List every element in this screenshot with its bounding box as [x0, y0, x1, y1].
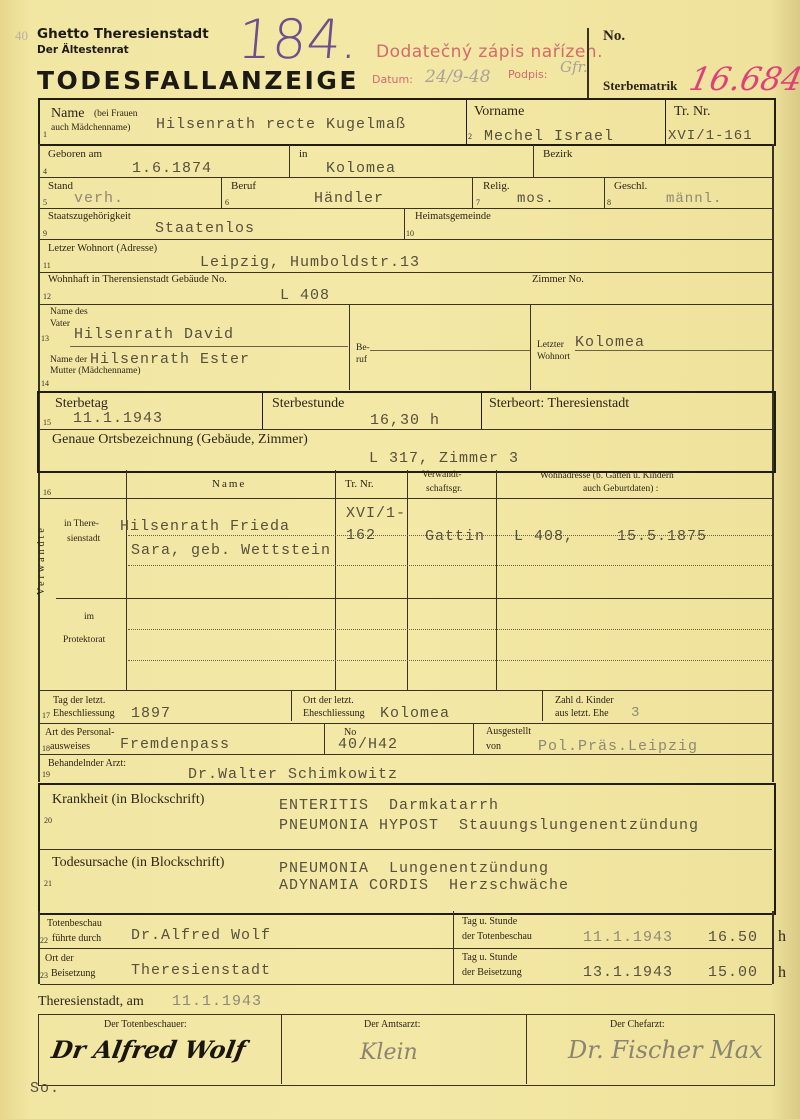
field-number: 5 [43, 198, 47, 207]
sterbematrik-value: 16.684 [686, 60, 800, 98]
wohnhaft-value: L 408 [280, 287, 330, 304]
group1-label1: in There- [64, 519, 99, 529]
signature-amtsarzt: Klein [360, 1040, 418, 1065]
ausweis-art-value: Fremdenpass [120, 736, 230, 753]
divider [281, 1014, 282, 1084]
mutter-value: Hilsenrath Ester [90, 351, 250, 368]
totenbeschau-time: 16.50 [708, 929, 758, 946]
left-border [38, 690, 40, 782]
totenbeschau-tag-label1: Tag u. Stunde [462, 916, 517, 927]
row-line [40, 208, 772, 209]
beisetzung-value: Theresienstadt [131, 962, 271, 979]
divider [526, 1014, 527, 1084]
divider [496, 470, 497, 690]
wohnhaft-label: Wohnhaft in Therensienstadt Gebäude No. [48, 274, 227, 285]
field-number: 11 [43, 261, 51, 270]
trnr-value: XVI/1-161 [668, 128, 753, 144]
row-line [40, 948, 772, 949]
sig3-label: Der Chefarzt: [610, 1019, 665, 1030]
field-number: 2 [468, 132, 472, 141]
beisetzung-unit: h [778, 964, 786, 982]
zimmer-label: Zimmer No. [532, 274, 584, 285]
ausweis-no-value: 40/H42 [338, 736, 398, 753]
field-number: 20 [44, 816, 52, 825]
row-line [40, 498, 772, 499]
name-value: Hilsenrath recte Kugelmaß [156, 116, 406, 133]
totenbeschau-label2: führte durch [52, 933, 101, 944]
field-number: 6 [225, 198, 229, 207]
margin-note: 40 [15, 28, 28, 44]
sig2-label: Der Amtsarzt: [364, 1019, 420, 1030]
kinder-label2: aus letzt. Ehe [555, 708, 609, 719]
letzter-wohnort-value: Kolomea [575, 334, 645, 351]
krankheit-label: Krankheit (in Blockschrift) [52, 792, 204, 808]
verwandte-side-label: Verwandte [36, 525, 47, 595]
divider [604, 177, 605, 208]
geboren-value: 1.6.1874 [132, 160, 212, 177]
header-divider [587, 28, 589, 98]
col-header-verw2: schaftsgr. [426, 484, 462, 494]
org-council: Der Ältestenrat [37, 44, 129, 56]
name-label-note: (bei Frauen [94, 109, 138, 119]
ehe-ort-label1: Ort der letzt. [303, 695, 354, 706]
kinder-value: 3 [631, 705, 640, 721]
arzt-label: Behandelnder Arzt: [48, 758, 126, 769]
row-line [70, 346, 348, 347]
relig-label: Relig. [483, 180, 510, 192]
ehe-ort-value: Kolomea [380, 705, 450, 722]
row-line [40, 239, 772, 240]
beruf-label: Beruf [231, 180, 256, 192]
ausweis-art-label2: ausweises [50, 741, 90, 752]
vater-label1: Name des [50, 307, 88, 317]
totenbeschau-unit: h [778, 928, 786, 946]
row-line [575, 350, 772, 351]
field-number: 4 [43, 167, 47, 176]
divider [291, 690, 292, 721]
field-number: 16 [43, 488, 51, 497]
beisetzung-label2: Beisetzung [51, 968, 95, 979]
place-date-value: 11.1.1943 [172, 993, 262, 1010]
wohnort-label: Letzer Wohnort (Adresse) [48, 243, 157, 254]
ausweis-von-label2: von [486, 741, 501, 752]
field-number: 8 [607, 198, 611, 207]
divider [472, 177, 473, 208]
place-date-label: Theresienstadt, am [38, 994, 144, 1010]
geschl-value: männl. [666, 191, 722, 207]
divider [533, 145, 534, 177]
sterbeort-label: Sterbeort: Theresienstadt [489, 396, 629, 412]
field-number: 1 [43, 130, 47, 139]
krankheit-line1: ENTERITIS Darmkatarrh [279, 797, 499, 814]
krankheit-line2: PNEUMONIA HYPOST Stauungslungenentzündun… [279, 817, 699, 834]
divider [481, 393, 482, 429]
row-line [40, 304, 772, 305]
field-number: 9 [43, 229, 47, 238]
divider [404, 208, 405, 239]
ehe-tag-label1: Tag der letzt. [53, 695, 105, 706]
ortsbezeichnung-label: Genaue Ortsbezeichnung (Gebäude, Zimmer) [52, 432, 308, 448]
sterbematrik-label: Sterbematrik [603, 78, 677, 94]
divider [473, 723, 474, 754]
relative-birthdate: 15.5.1875 [617, 528, 707, 545]
field-number: 17 [42, 711, 50, 720]
org-name: Ghetto Theresienstadt [37, 26, 209, 42]
sterbestunde-label: Sterbestunde [272, 396, 344, 412]
geschl-label: Geschl. [614, 180, 647, 192]
divider [466, 100, 467, 144]
beruf-eltern-label2: ruf [356, 355, 367, 365]
divider [407, 470, 408, 690]
ehe-tag-value: 1897 [131, 705, 171, 722]
vater-value: Hilsenrath David [74, 326, 234, 343]
sterbetag-value: 11.1.1943 [73, 410, 163, 427]
ortsbezeichnung-value: L 317, Zimmer 3 [369, 450, 519, 467]
signature-chefarzt: Dr. Fischer Max [568, 1036, 763, 1064]
row-line [40, 429, 772, 430]
beruf-eltern-label1: Be- [356, 343, 370, 353]
initials: So. [30, 1080, 60, 1097]
row-line [40, 272, 772, 273]
beisetzung-time: 15.00 [708, 964, 758, 981]
divider [542, 690, 543, 721]
sterbestunde-value: 16,30 h [370, 412, 440, 429]
beruf-value: Händler [314, 190, 384, 207]
name-label-note2: auch Mädchenname) [51, 123, 130, 133]
relative-name-line1: Hilsenrath Frieda [120, 518, 290, 535]
row-line [40, 723, 772, 724]
ausweis-von-value: Pol.Präs.Leipzig [538, 738, 698, 755]
field-number: 15 [43, 418, 51, 427]
trnr-label: Tr. Nr. [674, 104, 710, 120]
beisetzung-label1: Ort der [45, 953, 74, 964]
group2-label2: Protektorat [63, 635, 105, 645]
geburtsort-value: Kolomea [326, 160, 396, 177]
totenbeschau-tag-label2: der Totenbeschau [462, 931, 532, 942]
beisetzung-date: 13.1.1943 [583, 964, 673, 981]
totenbeschau-label1: Totenbeschau [47, 918, 102, 929]
arzt-value: Dr.Walter Schimkowitz [188, 766, 398, 783]
row-line [40, 849, 772, 850]
col-header-name: Name [212, 478, 246, 490]
group1-label2: sienstadt [67, 534, 100, 544]
field-number: 7 [476, 198, 480, 207]
geboren-label: Geboren am [48, 148, 102, 160]
divider [335, 470, 336, 690]
field-number: 23 [40, 971, 48, 980]
todesursache-label: Todesursache (in Blockschrift) [52, 855, 224, 871]
relative-name-line2: Sara, geb. Wettstein [131, 542, 331, 559]
col-header-wohn2: auch Geburtdaten) : [583, 484, 658, 494]
relative-trnr-line1: XVI/1- [346, 505, 406, 522]
letzter-wohnort-label1: Letzter [537, 340, 564, 350]
vater-label2: Vater [50, 319, 70, 329]
divider [221, 177, 222, 208]
field-number: 18 [42, 744, 50, 753]
divider [262, 393, 263, 429]
divider [349, 304, 350, 390]
relig-value: mos. [517, 191, 555, 207]
field-number: 12 [43, 292, 51, 301]
ehe-ort-label2: Eheschliessung [303, 708, 365, 719]
row-line [40, 177, 772, 178]
col-header-wohn1: Wohnadresse (b. Gatten u. Kindern [540, 471, 674, 481]
kinder-label1: Zahl d. Kinder [555, 695, 614, 706]
col-header-verw1: Verwandt- [422, 470, 462, 480]
totenbeschau-value: Dr.Alfred Wolf [131, 927, 271, 944]
mutter-label1: Name der [50, 355, 87, 365]
todesursache-line1: PNEUMONIA Lungenentzündung [279, 860, 549, 877]
ehe-tag-label2: Eheschliessung [53, 708, 115, 719]
col-header-trnr: Tr. Nr. [345, 478, 374, 490]
divider [665, 100, 666, 144]
ausweis-art-label1: Art des Personal- [45, 727, 114, 738]
heimat-label: Heimatsgemeinde [415, 211, 491, 222]
stamp-sign-value: Gfr. [560, 58, 588, 76]
right-border [772, 690, 774, 782]
row-line [370, 350, 530, 351]
divider [324, 723, 325, 754]
field-number: 10 [406, 229, 414, 238]
relative-address: L 408, [514, 528, 574, 545]
no-label: No. [603, 28, 625, 45]
stamp-sign-label: Podpis: [508, 68, 547, 81]
field-number: 14 [41, 379, 49, 388]
divider [530, 304, 531, 390]
row-line [56, 598, 772, 599]
totenbeschau-date: 11.1.1943 [583, 929, 673, 946]
stamp-date-label: Datum: [372, 73, 413, 86]
relative-relation: Gattin [425, 528, 485, 545]
name-label: Name [51, 106, 84, 122]
right-border [772, 911, 774, 984]
field-number: 21 [44, 879, 52, 888]
todesursache-line2: ADYNAMIA CORDIS Herzschwäche [279, 877, 569, 894]
group2-label1: im [84, 612, 94, 622]
geburtsort-label: in [299, 148, 308, 160]
stand-label: Stand [48, 180, 73, 192]
ausweis-von-label1: Ausgestellt [486, 726, 531, 737]
row-line [40, 754, 772, 755]
signature-totenbeschauer: Dr Alfred Wolf [49, 1035, 247, 1064]
staat-label: Staatszugehörigkeit [48, 211, 131, 222]
vorname-label: Vorname [474, 104, 524, 120]
row-line [40, 984, 772, 985]
wohnort-value: Leipzig, Humboldstr.13 [200, 254, 420, 271]
field-number: 19 [42, 770, 50, 779]
dotted-line [128, 660, 772, 661]
beisetzung-tag-label2: der Beisetzung [462, 967, 522, 978]
relative-trnr-line2: 162 [346, 527, 376, 544]
stand-value: verh. [74, 190, 124, 207]
divider [126, 470, 127, 690]
field-number: 13 [41, 334, 49, 343]
dotted-line [128, 629, 772, 630]
letzter-wohnort-label2: Wohnort [537, 352, 570, 362]
sig1-label: Der Totenbeschauer: [104, 1019, 187, 1030]
vorname-value: Mechel Israel [484, 128, 614, 145]
dotted-line [128, 565, 772, 566]
field-number: 22 [40, 936, 48, 945]
divider [289, 145, 290, 177]
bezirk-label: Bezirk [543, 148, 572, 160]
handwritten-number: 184. [235, 8, 361, 71]
beisetzung-tag-label1: Tag u. Stunde [462, 952, 517, 963]
row-line [40, 690, 772, 691]
stamp-date-value: 24/9-48 [425, 67, 491, 87]
document-page: 40 Ghetto Theresienstadt Der Ältestenrat… [0, 0, 800, 1119]
staat-value: Staatenlos [155, 220, 255, 237]
